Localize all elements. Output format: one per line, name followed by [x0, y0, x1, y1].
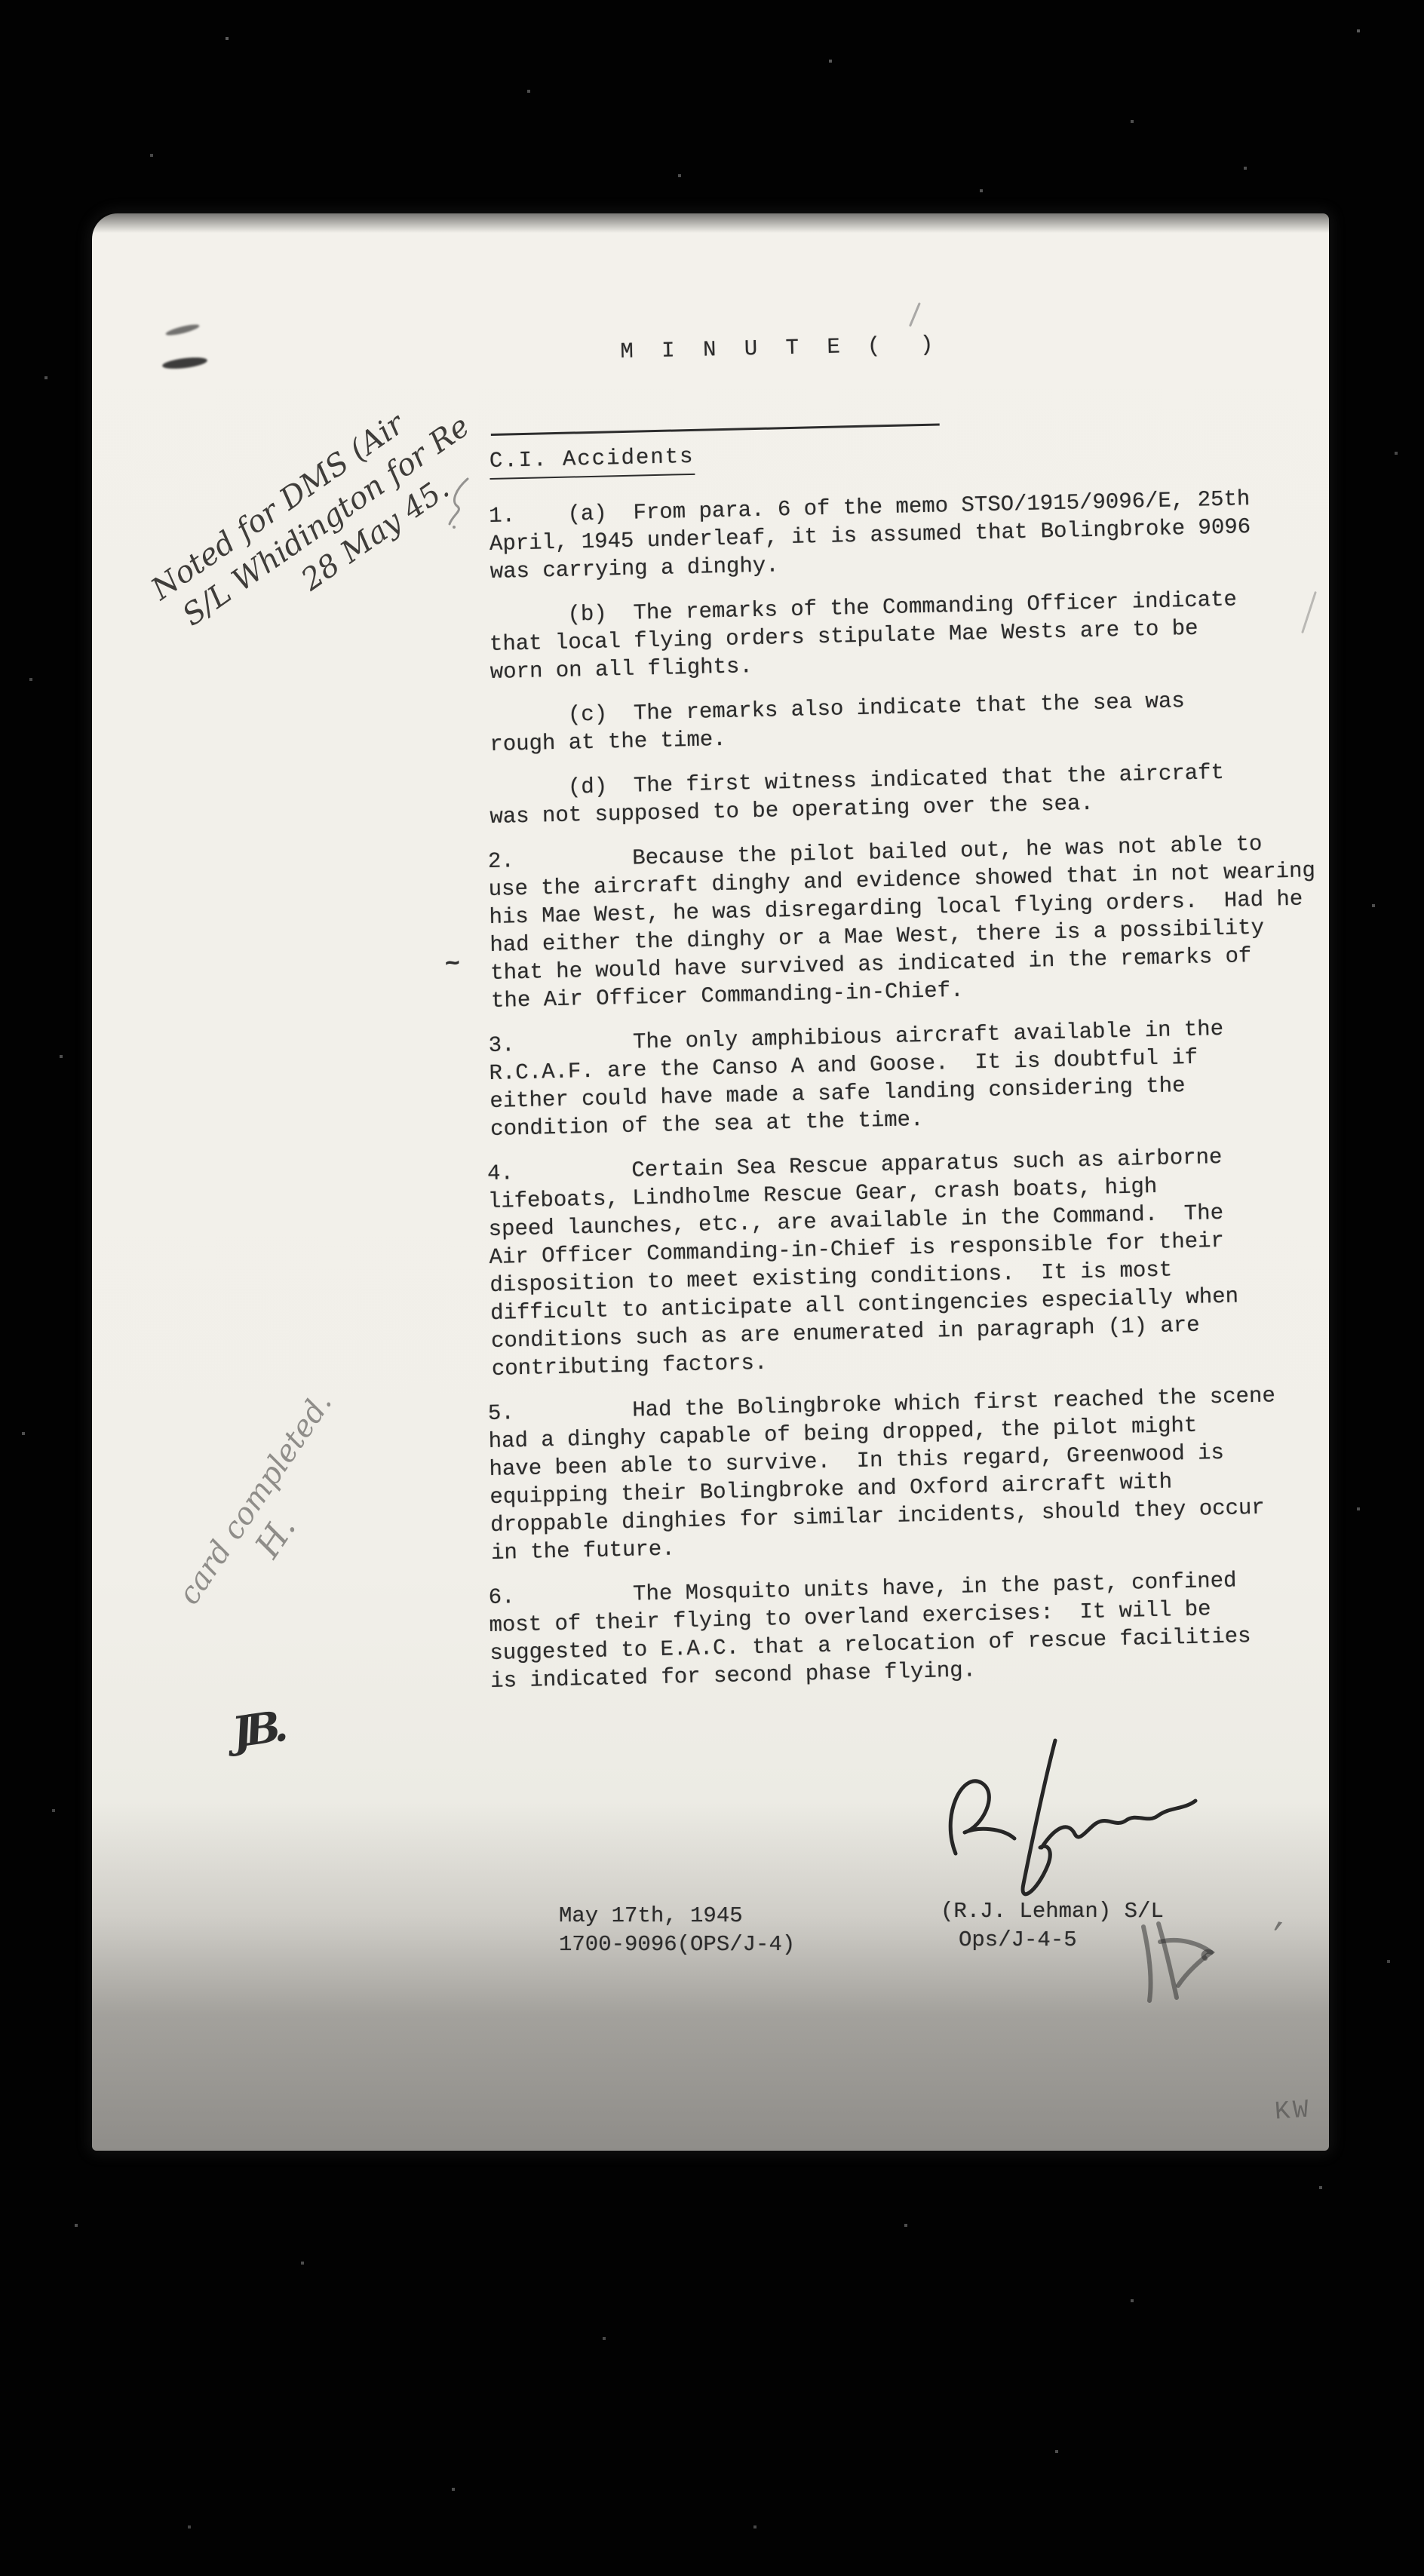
typed-body: M I N U T E( ) C.I. Accidents 1. (a) Fro…: [489, 310, 1338, 1983]
signatory-unit: Ops/J-4-5: [959, 1926, 1077, 1954]
dust-speckles: [0, 0, 2, 2]
pencil-slash-mark: [909, 302, 921, 327]
pencil-scribble-mark: [1133, 1916, 1269, 2014]
scanned-document-canvas: Noted for DMS (Air S/L Whidington for Re…: [0, 0, 1424, 2576]
minute-heading-label: M I N U T E: [620, 334, 848, 364]
ink-smudge: [165, 323, 201, 338]
ink-smudge: [161, 355, 207, 370]
paragraph-1b: (b) The remarks of the Commanding Office…: [489, 583, 1339, 685]
paragraph-1c: (c) The remarks also indicate that the s…: [489, 683, 1338, 759]
subject-line: C.I. Accidents: [489, 427, 1339, 480]
reference-line: 1700-9096(OPS/J-4): [559, 1932, 795, 1957]
pencil-note: card completed. H.: [170, 1366, 385, 1633]
paragraph-1d: (d) The first witness indicated that the…: [489, 756, 1338, 831]
paragraph-2: 2. Because the pilot bailed out, he was …: [487, 829, 1340, 1015]
date-reference-block: May 17th, 19451700-9096(OPS/J-4): [559, 1902, 795, 1959]
paragraph-6: 6. The Mosquito units have, in the past,…: [488, 1564, 1339, 1694]
ink-squiggle-mark: ~: [443, 950, 462, 980]
handwritten-signature: [934, 1733, 1221, 1914]
paragraph-5: 5. Had the Bolingbroke which first reach…: [487, 1381, 1340, 1567]
minute-number-paren: ( ): [867, 333, 938, 359]
paragraph-3: 3. The only amphibious aircraft availabl…: [488, 1012, 1339, 1142]
subject-text: C.I. Accidents: [489, 442, 695, 480]
document-page: Noted for DMS (Air S/L Whidington for Re…: [92, 213, 1329, 2151]
paragraph-1a: 1. (a) From para. 6 of the memo STSO/191…: [489, 483, 1339, 585]
signatory-name: (R.J. Lehman) S/L: [941, 1897, 1164, 1925]
ink-initials: JB.: [229, 1702, 284, 1758]
faint-corner-mark: KW: [1274, 2096, 1312, 2127]
date-line: May 17th, 1945: [559, 1903, 743, 1928]
minute-heading-row: M I N U T E( ): [488, 290, 1339, 435]
margin-note-line: S/L Whidington for Re: [166, 401, 485, 641]
minute-heading: M I N U T E( ): [488, 300, 940, 436]
pencil-flourish-mark: [445, 476, 475, 529]
paragraph-4: 4. Certain Sea Rescue apparatus such as …: [487, 1141, 1340, 1383]
